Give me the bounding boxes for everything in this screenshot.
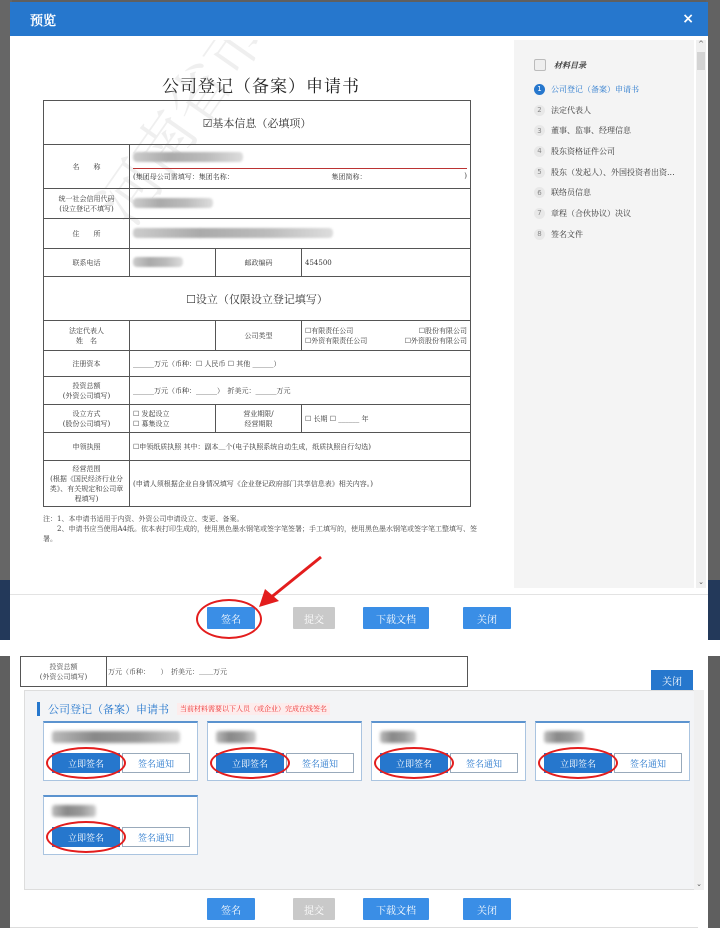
close-icon[interactable]: × bbox=[682, 11, 694, 27]
preview-screenshot: 预览 × 公司登记（备案）申请书 河南省市场监督管理局 ☑基本信息（必填项） 名… bbox=[0, 0, 720, 640]
step-number: 1 bbox=[534, 84, 545, 95]
redacted-name bbox=[133, 152, 243, 162]
dialog-titlebar: 预览 × bbox=[10, 2, 708, 36]
toc-heading: 材料目录 bbox=[514, 40, 694, 79]
sign-button[interactable]: 签名 bbox=[207, 898, 255, 920]
toc-list: 1公司登记（备案）申请书2法定代表人3董事、监事、经理信息4股东资格证件公司5股… bbox=[514, 79, 694, 245]
step-number: 7 bbox=[534, 208, 545, 219]
redacted-code bbox=[133, 198, 213, 208]
company-type-options: ☐有限责任公司☐股份有限公司 ☐外资有限责任公司☐外资股份有限公司 bbox=[302, 321, 471, 351]
material-toc: 材料目录 1公司登记（备案）申请书2法定代表人3董事、监事、经理信息4股东资格证… bbox=[514, 40, 694, 588]
option-joint-stock: ☐股份有限公司 bbox=[419, 326, 467, 336]
chevron-down-icon[interactable]: ⌄ bbox=[696, 578, 706, 586]
chevron-down-icon[interactable]: ⌄ bbox=[694, 880, 704, 888]
background-strip bbox=[706, 580, 720, 640]
step-number: 3 bbox=[534, 125, 545, 136]
reg-capital-value: ______万元（币种：☐ 人民币 ☐ 其他 ______） bbox=[130, 351, 471, 377]
dialog-footer: 签名 提交 下载文档 关闭 bbox=[10, 890, 698, 928]
separator bbox=[0, 640, 720, 656]
redacted-address bbox=[133, 228, 333, 238]
option-promotion: ☐ 发起设立 bbox=[133, 409, 212, 419]
panel-close-button[interactable]: 关闭 bbox=[651, 670, 693, 690]
preview-dialog: 预览 × 公司登记（备案）申请书 河南省市场监督管理局 ☑基本信息（必填项） 名… bbox=[10, 2, 708, 640]
step-number: 5 bbox=[534, 167, 545, 178]
document-notes: 注：1、本申请书适用于内资、外资公司申请设立、变更、备案。 2、申请书应当使用A… bbox=[43, 514, 483, 544]
annotation-circle bbox=[196, 599, 262, 639]
panel-hint: 当前材料需要以下人员（或企业）完成在线签名 bbox=[177, 703, 330, 715]
invest-label: 投资总额 (外资公司填写) bbox=[44, 377, 130, 405]
company-type-label: 公司类型 bbox=[216, 321, 302, 351]
credit-code-field bbox=[130, 189, 471, 219]
toc-heading-label: 材料目录 bbox=[554, 60, 586, 71]
address-label: 住 所 bbox=[44, 219, 130, 249]
annotation-circle bbox=[210, 747, 290, 779]
application-form: ☑基本信息（必填项） 名 称 (集团母公司需填写：集团名称： 集团简称： ) bbox=[43, 100, 471, 507]
toc-item[interactable]: 8签名文件 bbox=[514, 224, 694, 245]
annotation-circle bbox=[46, 821, 126, 853]
note-2: 2、申请书应当使用A4纸。依本表打印生成的，使用黑色墨水钢笔或签字笔签署；手工填… bbox=[43, 524, 483, 544]
scrollbar[interactable]: ^ ⌄ bbox=[696, 40, 706, 588]
option-foreign-joint-stock: ☐外资股份有限公司 bbox=[405, 336, 467, 346]
dialog-title: 预览 bbox=[30, 10, 56, 29]
document-preview: 公司登记（备案）申请书 河南省市场监督管理局 ☑基本信息（必填项） 名 称 (集… bbox=[15, 40, 507, 580]
section-basic-info: ☑基本信息（必填项） bbox=[44, 101, 471, 145]
submit-button[interactable]: 提交 bbox=[293, 898, 335, 920]
background-form-row: 投资总额 (外资公司填写) 万元（币种： ） 折美元：＿＿万元 bbox=[20, 656, 468, 686]
sign-notify-button[interactable]: 签名通知 bbox=[122, 827, 190, 847]
bg-invest-value: 万元（币种： ） 折美元：＿＿万元 bbox=[107, 657, 468, 687]
chevron-up-icon[interactable]: ^ bbox=[696, 40, 706, 48]
toc-item[interactable]: 7章程（合伙协议）决议 bbox=[514, 203, 694, 224]
postcode-value: 454500 bbox=[302, 249, 471, 277]
toc-item-label: 联络员信息 bbox=[551, 187, 591, 198]
phone-field bbox=[130, 249, 216, 277]
title-accent-bar bbox=[37, 702, 40, 716]
step-number: 8 bbox=[534, 229, 545, 240]
postcode-label: 邮政编码 bbox=[216, 249, 302, 277]
toc-item[interactable]: 2法定代表人 bbox=[514, 100, 694, 121]
download-button[interactable]: 下载文档 bbox=[363, 898, 429, 920]
credit-code-label: 统一社会信用代码 (设立登记不填写) bbox=[44, 189, 130, 219]
setup-method-options: ☐ 发起设立 ☐ 募集设立 bbox=[130, 405, 216, 433]
option-foreign-llc: ☐外资有限责任公司 bbox=[305, 336, 367, 346]
signer-card: 立即签名 签名通知 bbox=[43, 721, 198, 781]
group-close: ) bbox=[464, 172, 467, 182]
dialog-footer: 签名 提交 下载文档 关闭 bbox=[10, 594, 708, 640]
scrollbar[interactable]: ⌄ bbox=[694, 690, 704, 890]
step-number: 4 bbox=[534, 146, 545, 157]
toc-item-label: 签名文件 bbox=[551, 229, 583, 240]
sign-notify-button[interactable]: 签名通知 bbox=[614, 753, 682, 773]
panel-title: 公司登记（备案）申请书 bbox=[48, 701, 169, 717]
toc-item-label: 章程（合伙协议）决议 bbox=[551, 208, 631, 219]
document-list-icon bbox=[534, 59, 546, 71]
sign-notify-button[interactable]: 签名通知 bbox=[286, 753, 354, 773]
invest-value: ______万元（币种：______） 折美元：______万元 bbox=[130, 377, 471, 405]
name-field: (集团母公司需填写：集团名称： 集团简称： ) bbox=[130, 145, 471, 189]
toc-item-label: 股东资格证件公司 bbox=[551, 146, 615, 157]
annotation-circle bbox=[46, 747, 126, 779]
toc-item-label: 股东（发起人）、外国投资者出资... bbox=[551, 167, 675, 178]
legal-rep-field bbox=[130, 321, 216, 351]
scrollbar-thumb[interactable] bbox=[697, 52, 705, 70]
note-1: 注：1、本申请书适用于内资、外资公司申请设立、变更、备案。 bbox=[43, 514, 483, 524]
step-number: 2 bbox=[534, 105, 545, 116]
option-llc: ☐有限责任公司 bbox=[305, 326, 353, 336]
annotation-circle bbox=[374, 747, 454, 779]
legal-rep-label: 法定代表人 姓 名 bbox=[44, 321, 130, 351]
redacted-signer-name bbox=[52, 731, 180, 743]
redacted-signer-name bbox=[380, 731, 416, 743]
panel-header: 公司登记（备案）申请书 当前材料需要以下人员（或企业）完成在线签名 bbox=[37, 701, 330, 717]
signer-card: 立即签名 签名通知 bbox=[371, 721, 526, 781]
scope-label: 经营范围 (根据《国民经济行业分类》、有关规定和公司章程填写) bbox=[44, 461, 130, 507]
name-label: 名 称 bbox=[44, 145, 130, 189]
license-label: 申领执照 bbox=[44, 433, 130, 461]
redacted-signer-name bbox=[216, 731, 256, 743]
document-title: 公司登记（备案）申请书 bbox=[15, 72, 507, 97]
step-number: 6 bbox=[534, 187, 545, 198]
close-button[interactable]: 关闭 bbox=[463, 607, 511, 629]
phone-label: 联系电话 bbox=[44, 249, 130, 277]
submit-button[interactable]: 提交 bbox=[293, 607, 335, 629]
toc-item[interactable]: 5股东（发起人）、外国投资者出资... bbox=[514, 162, 694, 183]
annotation-circle bbox=[538, 747, 618, 779]
close-button[interactable]: 关闭 bbox=[463, 898, 511, 920]
sign-notify-button[interactable]: 签名通知 bbox=[450, 753, 518, 773]
divider bbox=[133, 168, 467, 169]
term-label: 营业期限/ 经营期限 bbox=[216, 405, 302, 433]
setup-method-label: 设立方式 (股份公司填写) bbox=[44, 405, 130, 433]
scope-value: (申请人须根据企业自身情况填写《企业登记政府部门共享信息表》相关内容。) bbox=[130, 461, 471, 507]
signer-card: 立即签名 签名通知 bbox=[43, 795, 198, 855]
term-value: ☐ 长期 ☐ ______ 年 bbox=[302, 405, 471, 433]
toc-item[interactable]: 3董事、监事、经理信息 bbox=[514, 120, 694, 141]
redacted-signer-name bbox=[544, 731, 584, 743]
toc-item-label: 公司登记（备案）申请书 bbox=[551, 84, 639, 95]
toc-item-label: 董事、监事、经理信息 bbox=[551, 125, 631, 136]
redacted-signer-name bbox=[52, 805, 96, 817]
group-note-label: (集团母公司需填写：集团名称： bbox=[133, 172, 234, 182]
annotation-arrow bbox=[255, 555, 325, 610]
signer-card: 立即签名 签名通知 bbox=[207, 721, 362, 781]
download-button[interactable]: 下载文档 bbox=[363, 607, 429, 629]
background-page-right bbox=[706, 0, 720, 640]
address-field bbox=[130, 219, 471, 249]
toc-item-label: 法定代表人 bbox=[551, 105, 591, 116]
sign-panel: 公司登记（备案）申请书 当前材料需要以下人员（或企业）完成在线签名 立即签名 签… bbox=[24, 690, 702, 890]
toc-item[interactable]: 4股东资格证件公司 bbox=[514, 141, 694, 162]
sign-screenshot: 投资总额 (外资公司填写) 万元（币种： ） 折美元：＿＿万元 关闭 公司登记（… bbox=[0, 656, 720, 928]
group-short-label: 集团简称： bbox=[332, 172, 367, 182]
toc-item[interactable]: 1公司登记（备案）申请书 bbox=[514, 79, 694, 100]
license-value: ☐申领纸质执照 其中：副本＿个(电子执照系统自动生成，纸质执照自行勾选) bbox=[130, 433, 471, 461]
section-setup: ☐设立（仅限设立登记填写） bbox=[44, 277, 471, 321]
redacted-phone bbox=[133, 257, 183, 267]
sign-notify-button[interactable]: 签名通知 bbox=[122, 753, 190, 773]
group-note: (集团母公司需填写：集团名称： 集团简称： ) bbox=[133, 172, 467, 182]
signer-card: 立即签名 签名通知 bbox=[535, 721, 690, 781]
reg-capital-label: 注册资本 bbox=[44, 351, 130, 377]
toc-item[interactable]: 6联络员信息 bbox=[514, 182, 694, 203]
option-subscription: ☐ 募集设立 bbox=[133, 419, 212, 429]
bg-invest-label: 投资总额 (外资公司填写) bbox=[21, 657, 107, 687]
